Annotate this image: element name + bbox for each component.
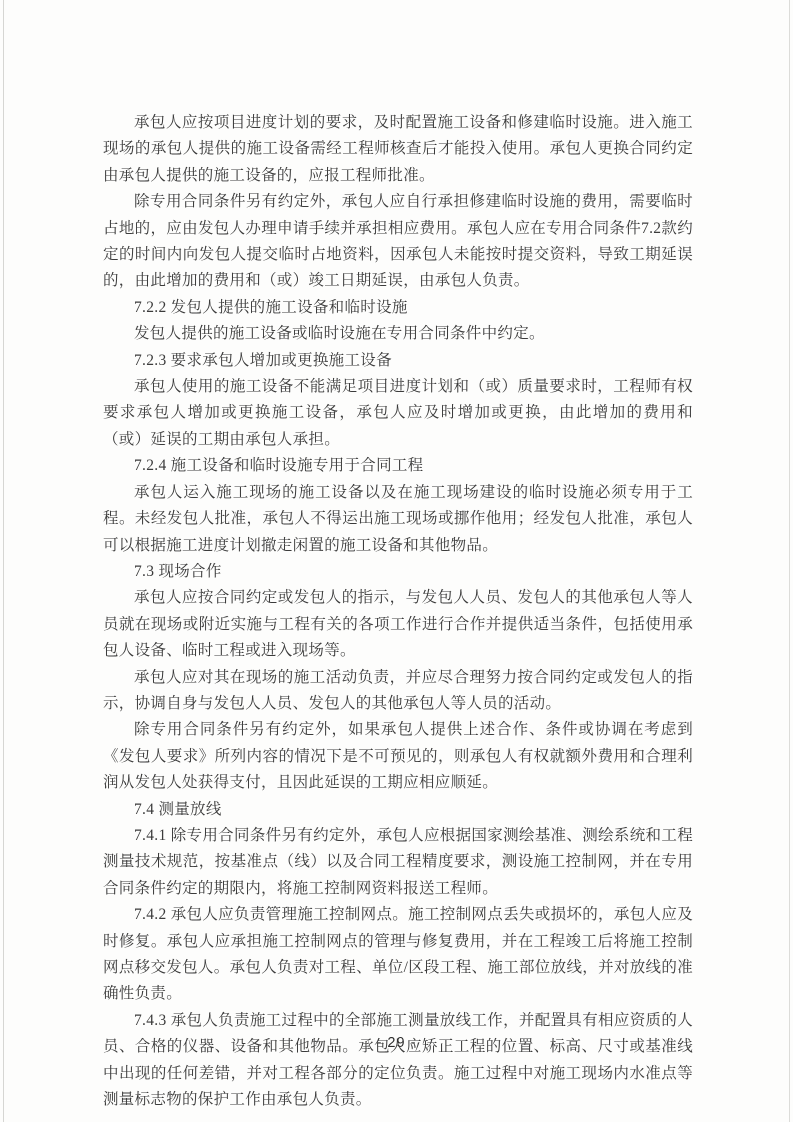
paragraph: 承包人应按项目进度计划的要求，及时配置施工设备和修建临时设施。进入施工现场的承包…	[103, 110, 693, 189]
section-heading: 7.2.2 发包人提供的施工设备和临时设施	[103, 295, 693, 321]
section-heading: 7.2.3 要求承包人增加或更换施工设备	[103, 348, 693, 374]
paragraph: 7.4.3 承包人负责施工过程中的全部施工测量放线工作，并配置具有相应资质的人员…	[103, 1008, 693, 1114]
paragraph: 除专用合同条件另有约定外，承包人应自行承担修建临时设施的费用，需要临时占地的，应…	[103, 189, 693, 295]
section-heading: 7.3 现场合作	[103, 559, 693, 585]
section-heading: 7.4 测量放线	[103, 797, 693, 823]
page-number: - 29 -	[0, 1035, 793, 1051]
right-page-edge-line	[789, 0, 790, 1122]
document-page: 承包人应按项目进度计划的要求，及时配置施工设备和修建临时设施。进入施工现场的承包…	[0, 0, 793, 1122]
paragraph: 承包人应按合同约定或发包人的指示，与发包人人员、发包人的其他承包人等人员就在现场…	[103, 585, 693, 664]
paragraph: 承包人运入施工现场的施工设备以及在施工现场建设的临时设施必须专用于工程。未经发包…	[103, 480, 693, 559]
paragraph: 7.4.2 承包人应负责管理施工控制网点。施工控制网点丢失或损坏的，承包人应及时…	[103, 902, 693, 1008]
document-body: 承包人应按项目进度计划的要求，及时配置施工设备和修建临时设施。进入施工现场的承包…	[103, 110, 693, 1113]
paragraph: 承包人应对其在现场的施工活动负责，并应尽合理努力按合同约定或发包人的指示，协调自…	[103, 665, 693, 718]
left-page-edge-line	[3, 0, 4, 1122]
section-heading: 7.2.4 施工设备和临时设施专用于合同工程	[103, 453, 693, 479]
paragraph: 承包人使用的施工设备不能满足项目进度计划和（或）质量要求时，工程师有权要求承包人…	[103, 374, 693, 453]
paragraph: 除专用合同条件另有约定外，如果承包人提供上述合作、条件或协调在考虑到《发包人要求…	[103, 717, 693, 796]
paragraph: 7.4.1 除专用合同条件另有约定外，承包人应根据国家测绘基准、测绘系统和工程测…	[103, 823, 693, 902]
paragraph: 发包人提供的施工设备或临时设施在专用合同条件中约定。	[103, 321, 693, 347]
